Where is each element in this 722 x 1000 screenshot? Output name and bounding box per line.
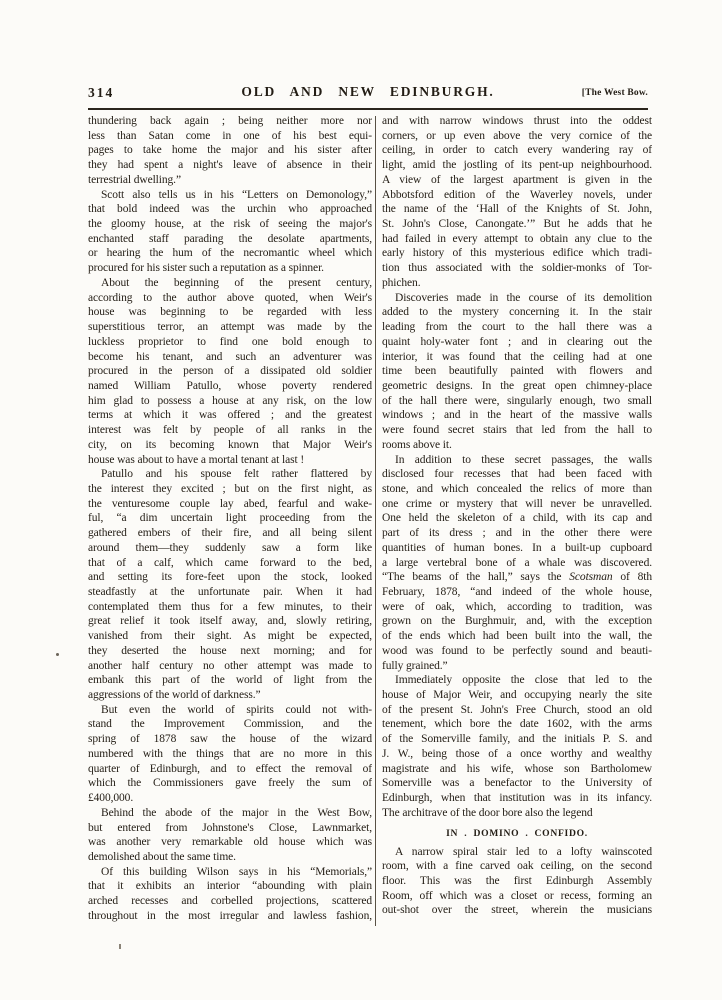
- text-line: steadfastly at the unfortunate pair. Whe…: [88, 585, 372, 600]
- text-line: around them—they suddenly saw a form lik…: [88, 541, 372, 556]
- section-note: [The West Bow.: [582, 88, 648, 98]
- text-line: stand the Improvement Commission, and th…: [88, 717, 372, 732]
- text-line: the interest they excited ; but on the f…: [88, 482, 372, 497]
- text-line: named William Patullo, whose poverty ren…: [88, 379, 372, 394]
- text-line: which the Commissioners gave freely the …: [88, 776, 372, 791]
- text-line: floor. This was the first Edinburgh Asse…: [382, 874, 652, 889]
- paragraph: In addition to these secret passages, th…: [382, 453, 652, 674]
- text-line: Edinburgh, when that institution was in …: [382, 791, 652, 806]
- text-line: the gloomy house, at the risk of seeing …: [88, 217, 372, 232]
- text-line: leading from the court to the hall there…: [382, 320, 652, 335]
- paragraph: and with narrow windows thrust into the …: [382, 114, 652, 291]
- text-line: geometric designs. In the great open chi…: [382, 379, 652, 394]
- text-line: gathered embers of their fire, and all b…: [88, 526, 372, 541]
- text-line: Discoveries made in the course of its de…: [382, 291, 652, 306]
- text-line: The architrave of the door bore also the…: [382, 806, 652, 821]
- text-line: A narrow spiral stair led to a lofty wai…: [382, 845, 652, 860]
- text-column-right: and with narrow windows thrust into the …: [382, 114, 652, 918]
- text-line: that it exhibits an interior “abounding …: [88, 879, 372, 894]
- text-line: terrestrial dwelling.”: [88, 173, 372, 188]
- text-line: early history of this mysterious edifice…: [382, 246, 652, 261]
- text-line: house was beginning to be regarded with …: [88, 305, 372, 320]
- text-line: part of its dress ; and in the other the…: [382, 526, 652, 541]
- text-line: but entered from Johnstone's Close, Lawn…: [88, 821, 372, 836]
- text-line: £400,000.: [88, 791, 372, 806]
- text-line: was another very remarkable old house wh…: [88, 835, 372, 850]
- text-line: embank this part of the world of light f…: [88, 673, 372, 688]
- text-line: less than Satan come in one of his best …: [88, 129, 372, 144]
- text-line: they had spent a night's leave of absenc…: [88, 158, 372, 173]
- text-line: of the ends which had been built into th…: [382, 629, 652, 644]
- text-line: numbered with the things that are no mor…: [88, 747, 372, 762]
- text-line: “The beams of the hall,” says the Scotsm…: [382, 570, 652, 585]
- text-line: stone, and which concealed the relics of…: [382, 482, 652, 497]
- text-line: J. W., being those of a once worthy and …: [382, 747, 652, 762]
- text-line: February, 1878, “and indeed of the whole…: [382, 585, 652, 600]
- text-line: the venturesome couple lay abed, fearful…: [88, 497, 372, 512]
- text-line: a large vertebral bone of a whale was di…: [382, 556, 652, 571]
- text-line: corners, or up even above the very corni…: [382, 129, 652, 144]
- column-divider: [375, 116, 376, 926]
- text-line: were of oak, which, according to traditi…: [382, 600, 652, 615]
- paragraph: But even the world of spirits could not …: [88, 703, 372, 806]
- text-line: the name of the ‘Hall of the Knights of …: [382, 202, 652, 217]
- text-line: light, amid the jostling of its pent-up …: [382, 158, 652, 173]
- paragraph: thundering back again ; being neither mo…: [88, 114, 372, 188]
- text-line: and with narrow windows thrust into the …: [382, 114, 652, 129]
- paragraph: Scott also tells us in his “Letters on D…: [88, 188, 372, 276]
- text-line: tenement, which bore the date 1602, with…: [382, 717, 652, 732]
- text-line: or hearing the hum of the necromantic wh…: [88, 246, 372, 261]
- text-line: rooms above it.: [382, 438, 652, 453]
- text-line: aggressions of the world of darkness.”: [88, 688, 372, 703]
- text-line: wood was found to be perfectly sound and…: [382, 644, 652, 659]
- text-line: About the beginning of the present centu…: [88, 276, 372, 291]
- text-line: had failed in every attempt to obtain an…: [382, 232, 652, 247]
- text-line: St. John's Close, Canongate.’” But he ad…: [382, 217, 652, 232]
- text-line: grown on the Burghmuir, and, with the ex…: [382, 614, 652, 629]
- running-title: OLD AND NEW EDINBURGH.: [88, 84, 648, 100]
- text-line: A view of the largest apartment is given…: [382, 173, 652, 188]
- paragraph: Of this building Wilson says in his “Mem…: [88, 865, 372, 924]
- text-line: great relief it took itself away, and, s…: [88, 614, 372, 629]
- text-line: windows ; and in the heart of the massiv…: [382, 408, 652, 423]
- text-line: Patullo and his spouse felt rather flatt…: [88, 467, 372, 482]
- paragraph: About the beginning of the present centu…: [88, 276, 372, 467]
- text-line: One held the skeleton of a child, with i…: [382, 511, 652, 526]
- text-line: out-shot over the street, wherein the mu…: [382, 903, 652, 918]
- text-line: Immediately opposite the close that led …: [382, 673, 652, 688]
- text-line: procured for his sister such a reputatio…: [88, 261, 372, 276]
- text-line: superstitious terror, an attempt was mad…: [88, 320, 372, 335]
- text-line: house was about to have a mortal tenant …: [88, 453, 372, 468]
- text-line: interest was felt by people of all ranks…: [88, 423, 372, 438]
- text-line: room, with a fine carved oak ceiling, on…: [382, 859, 652, 874]
- ink-speck: [56, 653, 59, 656]
- text-line: they deserted the house next morning; an…: [88, 644, 372, 659]
- text-line: of the Somerville family, and the initia…: [382, 732, 652, 747]
- text-line: of the present St. John's Free Church, s…: [382, 703, 652, 718]
- text-line: added to the mystery concerning it. In t…: [382, 305, 652, 320]
- paragraph: Discoveries made in the course of its de…: [382, 291, 652, 453]
- text-line: house of Major Weir, and occupying nearl…: [382, 688, 652, 703]
- text-line: Abbotsford edition of the Waverley novel…: [382, 188, 652, 203]
- text-line: quaint holy-water font ; and in clearing…: [382, 335, 652, 350]
- text-line: vanished from their sight. As might be e…: [88, 629, 372, 644]
- text-line: ful, “a dim uncertain light proceeding f…: [88, 511, 372, 526]
- text-line: pages to take home the major and his sis…: [88, 143, 372, 158]
- text-line: procured in the person of a dissipated o…: [88, 364, 372, 379]
- door-legend: IN . DOMINO . CONFIDO.: [382, 827, 652, 841]
- text-line: disclosed four recesses that had been fa…: [382, 467, 652, 482]
- text-line: and setting its fore-feet upon the stock…: [88, 570, 372, 585]
- paragraph: Patullo and his spouse felt rather flatt…: [88, 467, 372, 703]
- book-page: 314 OLD AND NEW EDINBURGH. [The West Bow…: [0, 0, 722, 1000]
- text-line: Room, off which was a closet or recess, …: [382, 889, 652, 904]
- text-line: luckless proprietor to find one bold eno…: [88, 335, 372, 350]
- text-line: contemplated them thus for a few minutes…: [88, 600, 372, 615]
- text-line: fully grained.”: [382, 659, 652, 674]
- text-line: tion thus associated with the soldier-mo…: [382, 261, 652, 276]
- text-line: thundering back again ; being neither mo…: [88, 114, 372, 129]
- text-line: Of this building Wilson says in his “Mem…: [88, 865, 372, 880]
- text-line: were found secret stairs that led from t…: [382, 423, 652, 438]
- text-line: enchanted staff parading the desolate ap…: [88, 232, 372, 247]
- text-line: another half century no other attempt wa…: [88, 659, 372, 674]
- text-line: city, on its becoming known that Major W…: [88, 438, 372, 453]
- ink-speck: [119, 944, 121, 949]
- text-line: magistrate and his wife, whose son Barth…: [382, 762, 652, 777]
- text-line: ceiling, in order to catch every wanderi…: [382, 143, 652, 158]
- header-rule: [88, 108, 648, 110]
- text-line: demolished about the same time.: [88, 850, 372, 865]
- text-line: throughout in the most irregular and law…: [88, 909, 372, 924]
- text-line: arched recesses and corbelled projection…: [88, 894, 372, 909]
- paragraph: Immediately opposite the close that led …: [382, 673, 652, 820]
- text-line: become his tenant, and such an adventure…: [88, 350, 372, 365]
- text-line: time been beautifully painted with flowe…: [382, 364, 652, 379]
- text-line: But even the world of spirits could not …: [88, 703, 372, 718]
- paragraph: A narrow spiral stair led to a lofty wai…: [382, 845, 652, 919]
- text-line: interior, it was found that the ceiling …: [382, 350, 652, 365]
- text-line: spring of 1878 saw the house of the wiza…: [88, 732, 372, 747]
- text-line: according to the author above quoted, wh…: [88, 291, 372, 306]
- text-line: that bold indeed was the urchin who appr…: [88, 202, 372, 217]
- text-line: quarter of Edinburgh, and to effect the …: [88, 762, 372, 777]
- text-column-left: thundering back again ; being neither mo…: [88, 114, 372, 924]
- text-line: of the hall there were, singularly enoug…: [382, 394, 652, 409]
- text-line: terms at which it was offered ; and the …: [88, 408, 372, 423]
- text-line: Behind the abode of the major in the Wes…: [88, 806, 372, 821]
- text-line: quantities of human bones. In a built-up…: [382, 541, 652, 556]
- page-header: 314 OLD AND NEW EDINBURGH. [The West Bow…: [88, 84, 648, 102]
- text-line: one crime or mystery that will never be …: [382, 497, 652, 512]
- text-line: Scott also tells us in his “Letters on D…: [88, 188, 372, 203]
- paragraph: Behind the abode of the major in the Wes…: [88, 806, 372, 865]
- text-line: him glad to possess a house at any risk,…: [88, 394, 372, 409]
- text-line: that of a calf, which came forward to th…: [88, 556, 372, 571]
- text-line: In addition to these secret passages, th…: [382, 453, 652, 468]
- text-line: Somerville was a benefactor to the Unive…: [382, 776, 652, 791]
- text-line: phichen.: [382, 276, 652, 291]
